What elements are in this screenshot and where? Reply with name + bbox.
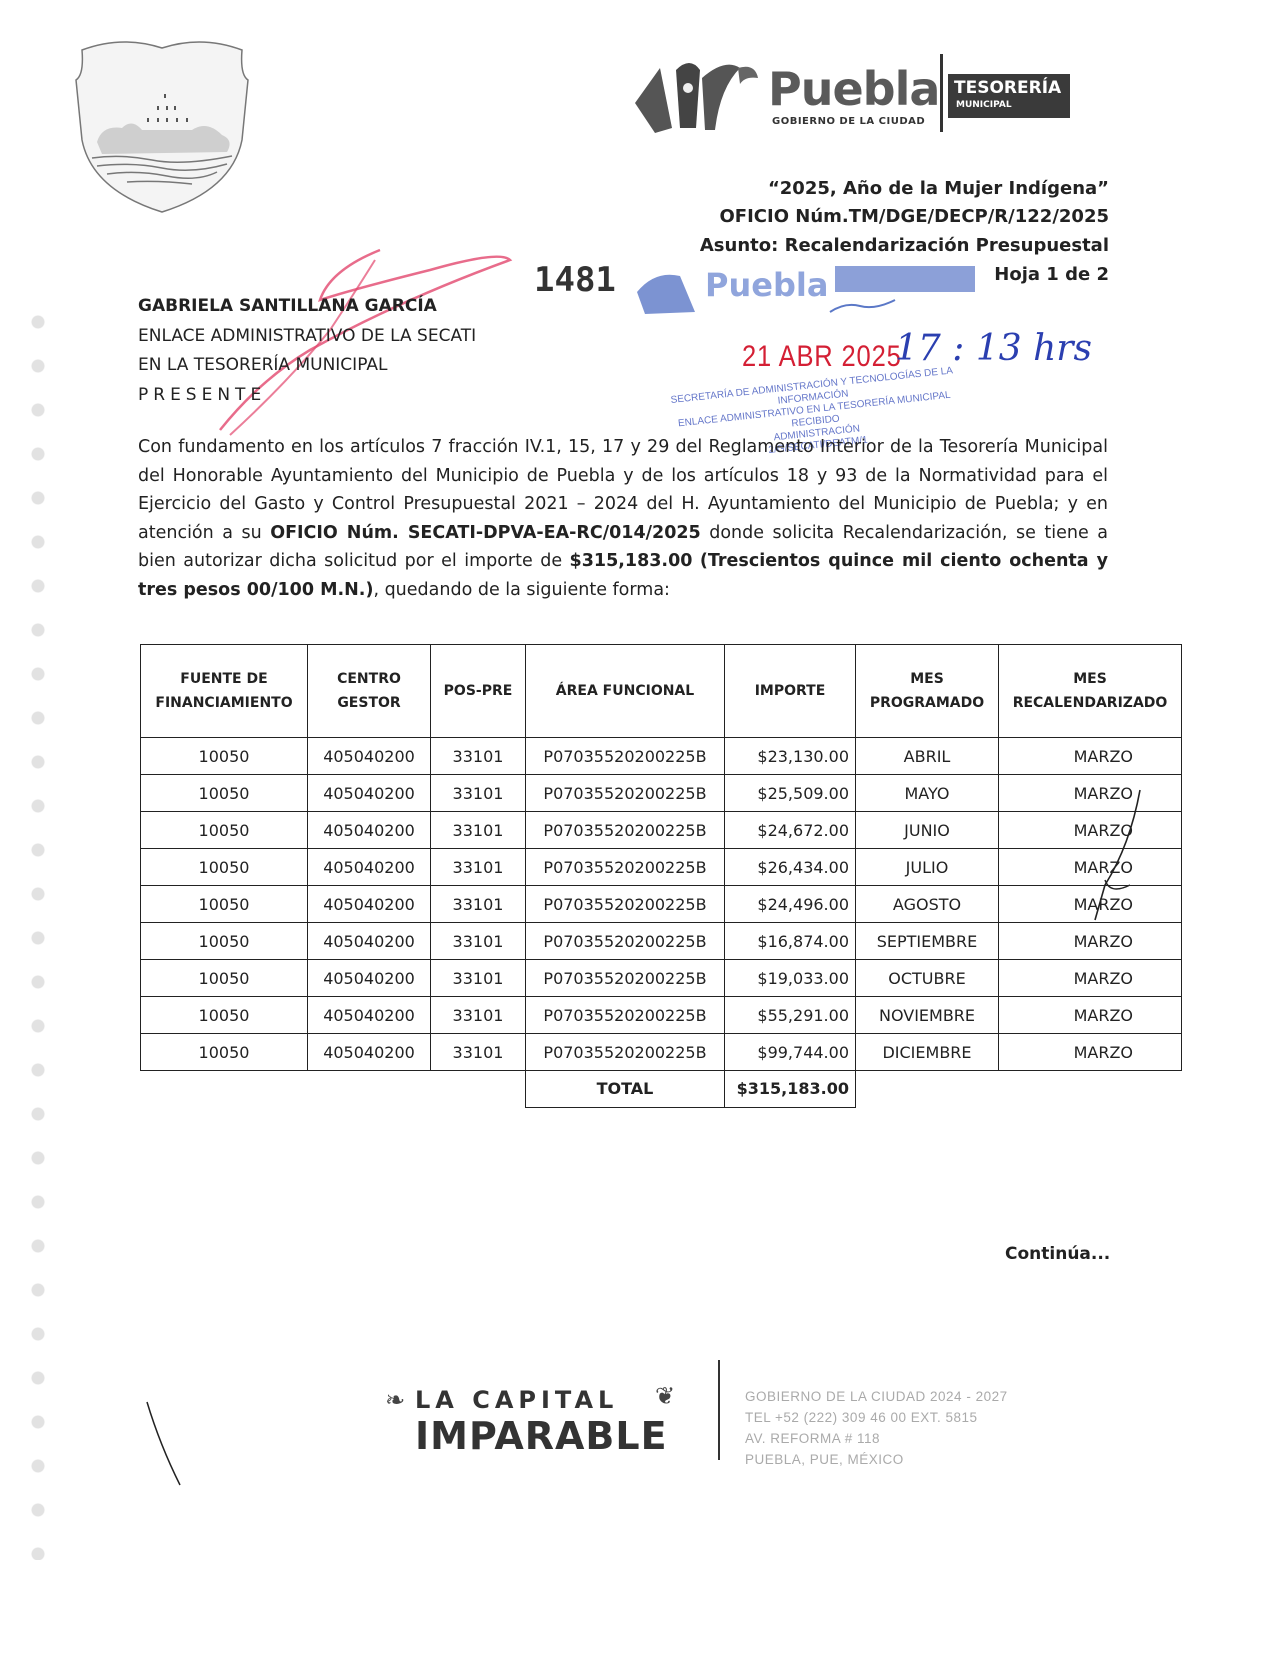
column-header-text: CENTRO [337, 671, 401, 687]
table-cell: P07035520200225B [526, 960, 725, 997]
table-cell: 33101 [431, 923, 526, 960]
reception-stamp: Puebla [635, 262, 975, 320]
addressee-greeting: PRESENTE [138, 385, 266, 405]
wing-left-icon: ❧ [385, 1386, 405, 1414]
table-cell: P07035520200225B [526, 812, 725, 849]
table-cell: 10050 [141, 1034, 308, 1071]
table-header-row: FUENTE DEFINANCIAMIENTOCENTROGESTORPOS-P… [141, 645, 1182, 738]
column-header: CENTROGESTOR [308, 645, 431, 738]
table-cell: 405040200 [308, 886, 431, 923]
table-cell: $25,509.00 [725, 775, 856, 812]
table-cell: 10050 [141, 960, 308, 997]
total-value: $315,183.00 [725, 1071, 856, 1108]
blank-cell [141, 1071, 526, 1108]
column-header: ÁREA FUNCIONAL [526, 645, 725, 738]
received-time-handwritten: 17 : 13 hrs [895, 328, 1092, 369]
column-header-text: POS-PRE [444, 683, 513, 699]
table-cell: 33101 [431, 1034, 526, 1071]
table-cell: $55,291.00 [725, 997, 856, 1034]
column-header-text: PROGRAMADO [870, 695, 984, 711]
wing-right-icon: ❦ [655, 1382, 675, 1410]
received-date-stamp: 21 ABR 2025 [742, 340, 902, 374]
table-cell: 33101 [431, 738, 526, 775]
city-crest-icon [62, 30, 262, 215]
addressee-name: GABRIELA SANTILLANA GARCÍA [138, 296, 437, 316]
blank-cell [856, 1071, 1182, 1108]
table-cell: P07035520200225B [526, 775, 725, 812]
column-header-text: MES [910, 671, 944, 687]
table-cell: 10050 [141, 923, 308, 960]
table-cell: 10050 [141, 997, 308, 1034]
table-cell: 33101 [431, 849, 526, 886]
table-row: 1005040504020033101P07035520200225B$26,4… [141, 849, 1182, 886]
table-row: 1005040504020033101P07035520200225B$25,5… [141, 775, 1182, 812]
table-cell: MARZO [999, 960, 1182, 997]
logo-gobierno-text: GOBIERNO DE LA CIUDAD [772, 116, 925, 127]
table-row: 1005040504020033101P07035520200225B$16,8… [141, 923, 1182, 960]
body-text: , quedando de la siguiente forma: [373, 580, 670, 600]
table-cell: 10050 [141, 775, 308, 812]
table-cell: P07035520200225B [526, 997, 725, 1034]
logo-divider [940, 54, 943, 132]
table-row: 1005040504020033101P07035520200225B$23,1… [141, 738, 1182, 775]
table-cell: 405040200 [308, 738, 431, 775]
table-cell: JULIO [856, 849, 999, 886]
table-cell: $24,496.00 [725, 886, 856, 923]
municipal-label: MUNICIPAL [956, 100, 1012, 110]
body-paragraph: Con fundamento en los artículos 7 fracci… [138, 433, 1108, 604]
handwritten-check-icon [1090, 785, 1150, 925]
year-motto: “2025, Año de la Mujer Indígena” [768, 178, 1109, 199]
footer-contact-info: GOBIERNO DE LA CIUDAD 2024 - 2027 TEL +5… [745, 1386, 1008, 1470]
table-cell: 405040200 [308, 997, 431, 1034]
table-cell: 33101 [431, 775, 526, 812]
table-cell: AGOSTO [856, 886, 999, 923]
column-header-text: ÁREA FUNCIONAL [556, 683, 694, 699]
table-cell: OCTUBRE [856, 960, 999, 997]
table-cell: MAYO [856, 775, 999, 812]
table-cell: $99,744.00 [725, 1034, 856, 1071]
slogan-line1: LA CAPITAL [415, 1386, 618, 1414]
column-header-text: MES [1073, 671, 1107, 687]
table-cell: 405040200 [308, 960, 431, 997]
table-cell: $24,672.00 [725, 812, 856, 849]
authorized-amount: $315,183.00 [570, 551, 693, 571]
table-cell: 10050 [141, 812, 308, 849]
table-cell: 10050 [141, 849, 308, 886]
table-cell: 33101 [431, 886, 526, 923]
subject-line: Asunto: Recalendarización Presupuestal [700, 235, 1109, 256]
footer-info-line: PUEBLA, PUE, MÉXICO [745, 1449, 1008, 1470]
column-header-text: FUENTE DE [180, 671, 267, 687]
column-header: IMPORTE [725, 645, 856, 738]
table-cell: MARZO [999, 997, 1182, 1034]
tesoreria-label: TESORERÍA [954, 78, 1061, 98]
column-header-text: IMPORTE [755, 683, 826, 699]
footer-info-line: GOBIERNO DE LA CIUDAD 2024 - 2027 [745, 1386, 1008, 1407]
table-cell: 10050 [141, 738, 308, 775]
reference-oficio: OFICIO Núm. SECATI-DPVA-EA-RC/014/2025 [270, 523, 701, 543]
footer-divider [718, 1360, 720, 1460]
table-cell: P07035520200225B [526, 1034, 725, 1071]
footer-info-line: TEL +52 (222) 309 46 00 EXT. 5815 [745, 1407, 1008, 1428]
total-row: TOTAL$315,183.00 [141, 1071, 1182, 1108]
total-label: TOTAL [526, 1071, 725, 1108]
table-cell: 405040200 [308, 849, 431, 886]
table-cell: $26,434.00 [725, 849, 856, 886]
column-header-text: RECALENDARIZADO [1013, 695, 1168, 711]
page-indicator: Hoja 1 de 2 [994, 264, 1109, 285]
table-cell: MARZO [999, 738, 1182, 775]
continues-label: Continúa... [1005, 1244, 1110, 1264]
footer-info-line: AV. REFORMA # 118 [745, 1428, 1008, 1449]
table-cell: SEPTIEMBRE [856, 923, 999, 960]
table-cell: 405040200 [308, 923, 431, 960]
table-row: 1005040504020033101P07035520200225B$19,0… [141, 960, 1182, 997]
column-header-text: GESTOR [337, 695, 400, 711]
puebla-tesoreria-logo: Puebla GOBIERNO DE LA CIUDAD TESORERÍA M… [630, 48, 1070, 138]
table-cell: ABRIL [856, 738, 999, 775]
table-cell: 405040200 [308, 775, 431, 812]
table-cell: 405040200 [308, 812, 431, 849]
table-cell: JUNIO [856, 812, 999, 849]
table-row: 1005040504020033101P07035520200225B$24,6… [141, 812, 1182, 849]
table-cell: NOVIEMBRE [856, 997, 999, 1034]
pen-stroke-mark [145, 1400, 185, 1490]
decorative-side-border [18, 300, 58, 1560]
addressee-title-line2: EN LA TESORERÍA MUNICIPAL [138, 355, 387, 375]
tesoreria-badge: TESORERÍA MUNICIPAL [948, 74, 1070, 118]
table-cell: MARZO [999, 923, 1182, 960]
table-cell: MARZO [999, 1034, 1182, 1071]
slogan-line2: IMPARABLE [415, 1414, 668, 1458]
table-row: 1005040504020033101P07035520200225B$24,4… [141, 886, 1182, 923]
table-row: 1005040504020033101P07035520200225B$99,7… [141, 1034, 1182, 1071]
column-header-text: FINANCIAMIENTO [155, 695, 292, 711]
puebla-emblem-icon [630, 48, 765, 138]
addressee-title-line1: ENLACE ADMINISTRATIVO DE LA SECATI [138, 326, 476, 346]
table-cell: 405040200 [308, 1034, 431, 1071]
column-header: MESRECALENDARIZADO [999, 645, 1182, 738]
table-cell: DICIEMBRE [856, 1034, 999, 1071]
table-cell: P07035520200225B [526, 886, 725, 923]
table-cell: P07035520200225B [526, 849, 725, 886]
table-cell: $16,874.00 [725, 923, 856, 960]
column-header: MESPROGRAMADO [856, 645, 999, 738]
table-cell: P07035520200225B [526, 923, 725, 960]
table-cell: 10050 [141, 886, 308, 923]
table-cell: $23,130.00 [725, 738, 856, 775]
logo-puebla-text: Puebla [768, 62, 939, 116]
table-row: 1005040504020033101P07035520200225B$55,2… [141, 997, 1182, 1034]
table-cell: 33101 [431, 997, 526, 1034]
stamp-puebla-text: Puebla [705, 266, 828, 304]
column-header: POS-PRE [431, 645, 526, 738]
table-cell: P07035520200225B [526, 738, 725, 775]
la-capital-imparable-logo: ❧ LA CAPITAL ❦ IMPARABLE [385, 1380, 685, 1460]
table-cell: $19,033.00 [725, 960, 856, 997]
column-header: FUENTE DEFINANCIAMIENTO [141, 645, 308, 738]
folio-number: 1481 [534, 260, 616, 300]
table-cell: 33101 [431, 812, 526, 849]
table-cell: 33101 [431, 960, 526, 997]
oficio-number: OFICIO Núm.TM/DGE/DECP/R/122/2025 [720, 206, 1110, 227]
recalendarization-table: FUENTE DEFINANCIAMIENTOCENTROGESTORPOS-P… [140, 644, 1182, 1108]
